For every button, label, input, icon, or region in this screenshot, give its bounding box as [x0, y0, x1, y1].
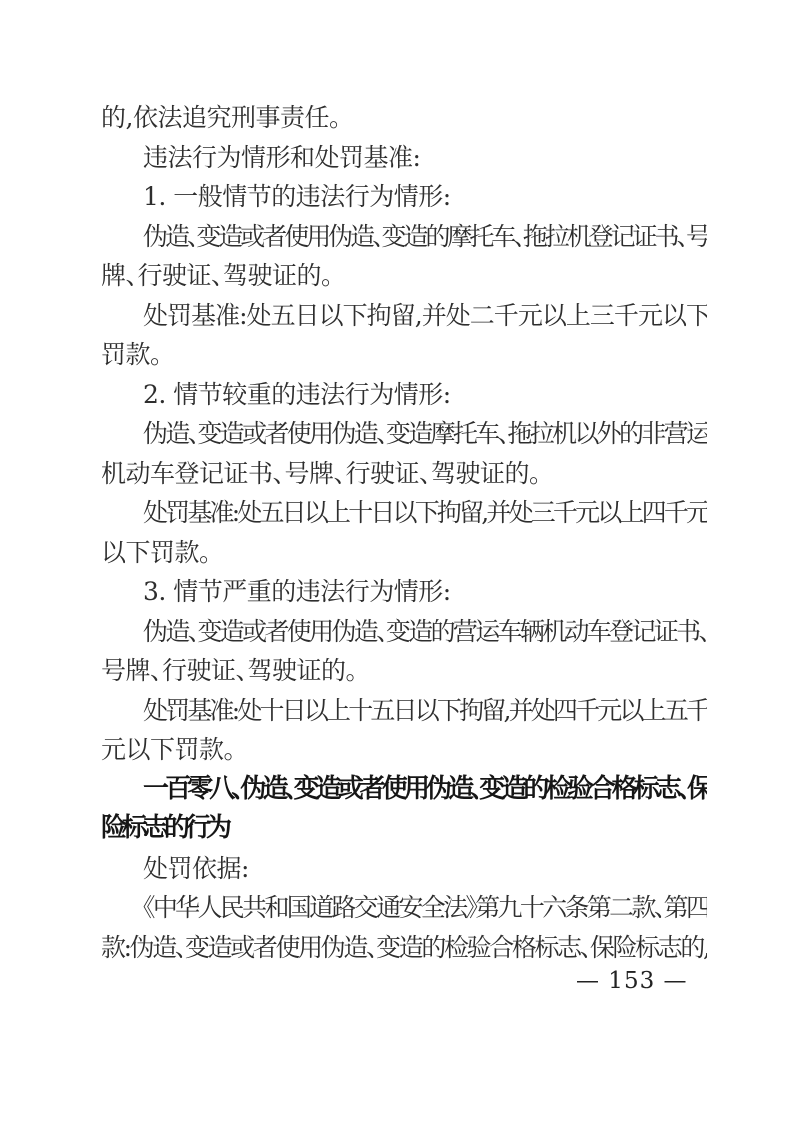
text-line: 处罚基准:处五日以下拘留,并处二千元以上三千元以下	[101, 296, 707, 336]
section-heading-line: 险标志的行为	[101, 809, 707, 849]
text-line: 号牌、行驶证、驾驶证的。	[101, 651, 707, 691]
section-heading-line: 一百零八、伪造、变造或者使用伪造、变造的检验合格标志、保	[101, 770, 707, 810]
text-line: 违法行为情形和处罚基准:	[101, 138, 707, 178]
text-line: 2. 情节较重的违法行为情形:	[101, 375, 707, 415]
text-line: 罚款。	[101, 335, 707, 375]
text-line: 处罚基准:处五日以上十日以下拘留,并处三千元以上四千元	[101, 493, 707, 533]
text-line: 的,依法追究刑事责任。	[101, 98, 707, 138]
text-line: 1. 一般情节的违法行为情形:	[101, 177, 707, 217]
text-line: 《中华人民共和国道路交通安全法》第九十六条第二款、第四	[101, 888, 707, 928]
text-line: 伪造、变造或者使用伪造、变造的营运车辆机动车登记证书、	[101, 612, 707, 652]
text-line: 伪造、变造或者使用伪造、变造摩托车、拖拉机以外的非营运	[101, 414, 707, 454]
text-line: 款:伪造、变造或者使用伪造、变造的检验合格标志、保险标志的,	[101, 928, 707, 968]
text-block: 的,依法追究刑事责任。 违法行为情形和处罚基准: 1. 一般情节的违法行为情形:…	[101, 98, 707, 967]
text-line: 以下罚款。	[101, 533, 707, 573]
text-line: 处罚依据:	[101, 849, 707, 889]
text-line: 处罚基准:处十日以上十五日以下拘留,并处四千元以上五千	[101, 691, 707, 731]
page-number: — 153 —	[576, 968, 688, 994]
text-line: 3. 情节严重的违法行为情形:	[101, 572, 707, 612]
document-page: 的,依法追究刑事责任。 违法行为情形和处罚基准: 1. 一般情节的违法行为情形:…	[0, 0, 793, 1122]
text-line: 牌、行驶证、驾驶证的。	[101, 256, 707, 296]
text-line: 机动车登记证书、号牌、行驶证、驾驶证的。	[101, 454, 707, 494]
text-line: 元以下罚款。	[101, 730, 707, 770]
text-line: 伪造、变造或者使用伪造、变造的摩托车、拖拉机登记证书、号	[101, 217, 707, 257]
